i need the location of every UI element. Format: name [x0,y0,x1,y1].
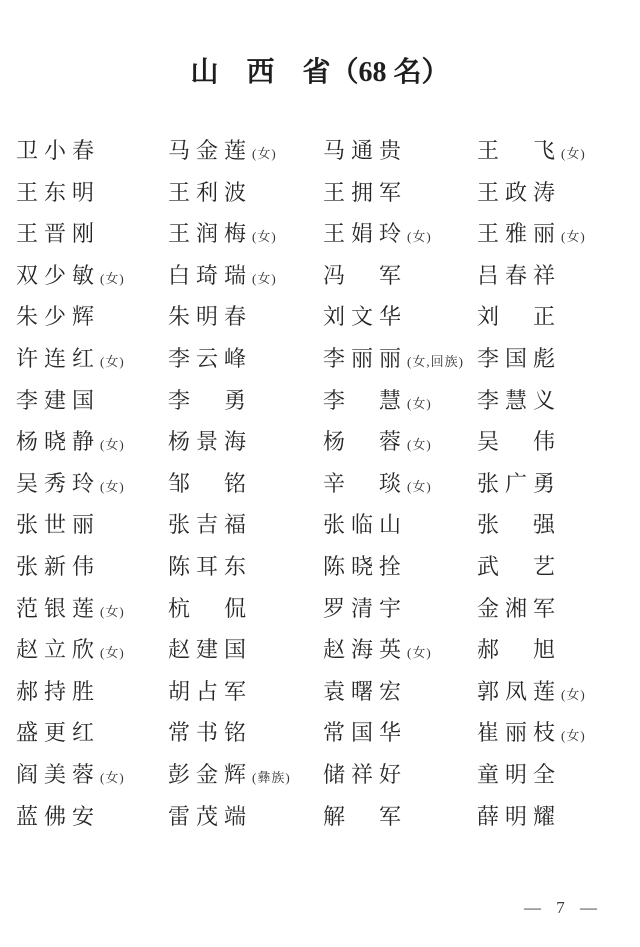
page-number: — 7 — [524,898,598,918]
person-name: 王娟玲 [323,221,407,246]
name-entry: 张广勇 [477,471,640,500]
gender-ethnic-note: (女) [100,354,125,369]
name-entry: 李建国 [16,388,168,417]
person-name: 陈晓拴 [323,554,407,579]
name-entry: 马通贵 [323,138,477,167]
person-name: 朱明春 [168,304,252,329]
gender-ethnic-note: (女) [252,229,277,244]
person-name: 邹 铭 [168,471,252,496]
person-name: 张临山 [323,512,407,537]
person-name: 王润梅 [168,221,252,246]
name-entry: 杨景海 [168,429,323,458]
gender-ethnic-note: (女) [407,229,432,244]
person-name: 卫小春 [16,138,100,163]
name-entry: 张新伟 [16,554,168,583]
gender-ethnic-note: (彝族) [252,770,291,785]
name-entry: 王拥军 [323,180,477,209]
person-name: 吕春祥 [477,263,561,288]
name-entry: 王雅丽(女) [477,221,640,250]
name-entry: 郝持胜 [16,679,168,708]
document-page: 山 西 省（68 名） 卫小春马金莲(女)马通贵王 飞(女)王东明王利波王拥军王… [0,0,640,947]
name-entry: 双少敏(女) [16,263,168,292]
name-entry: 雷茂端 [168,804,323,833]
name-entry: 张世丽 [16,512,168,541]
person-name: 赵海英 [323,637,407,662]
person-name: 郭凤莲 [477,679,561,704]
person-name: 阎美蓉 [16,762,100,787]
name-entry: 吕春祥 [477,263,640,292]
gender-ethnic-note: (女) [100,604,125,619]
name-entry: 张吉福 [168,512,323,541]
name-entry: 李丽丽(女,回族) [323,346,477,375]
person-name: 彭金辉 [168,762,252,787]
name-entry: 常书铭 [168,720,323,749]
name-entry: 王政涛 [477,180,640,209]
person-name: 许连红 [16,346,100,371]
name-entry: 王 飞(女) [477,138,640,167]
person-name: 范银莲 [16,596,100,621]
name-entry: 刘文华 [323,304,477,333]
name-entry: 范银莲(女) [16,596,168,625]
person-name: 郝持胜 [16,679,100,704]
person-name: 马金莲 [168,138,252,163]
person-name: 张广勇 [477,471,561,496]
person-name: 常书铭 [168,720,252,745]
name-entry: 崔丽枝(女) [477,720,640,749]
name-entry: 辛 琰(女) [323,471,477,500]
name-entry: 吴 伟 [477,429,640,458]
name-entry: 王娟玲(女) [323,221,477,250]
gender-ethnic-note: (女) [561,687,586,702]
person-name: 张新伟 [16,554,100,579]
name-entry: 储祥好 [323,762,477,791]
name-entry: 邹 铭 [168,471,323,500]
person-name: 刘文华 [323,304,407,329]
name-entry: 阎美蓉(女) [16,762,168,791]
gender-ethnic-note: (女) [252,271,277,286]
person-name: 张世丽 [16,512,100,537]
person-name: 王 飞 [477,138,561,163]
person-name: 吴 伟 [477,429,561,454]
person-name: 王利波 [168,180,252,205]
gender-ethnic-note: (女) [100,645,125,660]
name-entry: 张 强 [477,512,640,541]
person-name: 赵立欣 [16,637,100,662]
name-entry: 李 慧(女) [323,388,477,417]
gender-ethnic-note: (女) [100,437,125,452]
gender-ethnic-note: (女) [407,396,432,411]
person-name: 解 军 [323,804,407,829]
name-entry: 王润梅(女) [168,221,323,250]
name-entry: 童明全 [477,762,640,791]
name-entry: 卫小春 [16,138,168,167]
person-name: 罗清宇 [323,596,407,621]
person-name: 杨 蓉 [323,429,407,454]
name-entry: 郝 旭 [477,637,640,666]
gender-ethnic-note: (女) [407,437,432,452]
name-entry: 罗清宇 [323,596,477,625]
name-entry: 张临山 [323,512,477,541]
person-name: 储祥好 [323,762,407,787]
person-name: 盛更红 [16,720,100,745]
person-name: 雷茂端 [168,804,252,829]
name-entry: 王利波 [168,180,323,209]
name-entry: 李 勇 [168,388,323,417]
person-name: 童明全 [477,762,561,787]
gender-ethnic-note: (女) [561,728,586,743]
name-entry: 白琦瑞(女) [168,263,323,292]
person-name: 李 慧 [323,388,407,413]
person-name: 王晋刚 [16,221,100,246]
name-entry: 朱明春 [168,304,323,333]
person-name: 冯 军 [323,263,407,288]
person-name: 李云峰 [168,346,252,371]
page-title: 山 西 省（68 名） [0,50,640,90]
person-name: 朱少辉 [16,304,100,329]
name-entry: 李慧义 [477,388,640,417]
person-name: 杭 侃 [168,596,252,621]
person-name: 陈耳东 [168,554,252,579]
name-entry: 武 艺 [477,554,640,583]
person-name: 崔丽枝 [477,720,561,745]
person-name: 白琦瑞 [168,263,252,288]
name-entry: 吴秀玲(女) [16,471,168,500]
person-name: 胡占军 [168,679,252,704]
gender-ethnic-note: (女) [561,146,586,161]
person-name: 张吉福 [168,512,252,537]
person-name: 王东明 [16,180,100,205]
person-name: 杨景海 [168,429,252,454]
name-entry: 朱少辉 [16,304,168,333]
name-entry: 赵建国 [168,637,323,666]
gender-ethnic-note: (女) [100,271,125,286]
name-entry: 杭 侃 [168,596,323,625]
name-entry: 冯 军 [323,263,477,292]
person-name: 袁曙宏 [323,679,407,704]
name-entry: 陈晓拴 [323,554,477,583]
name-entry: 金湘军 [477,596,640,625]
gender-ethnic-note: (女) [252,146,277,161]
person-name: 常国华 [323,720,407,745]
name-entry: 陈耳东 [168,554,323,583]
name-grid: 卫小春马金莲(女)马通贵王 飞(女)王东明王利波王拥军王政涛王晋刚王润梅(女)王… [16,138,640,845]
gender-ethnic-note: (女) [407,479,432,494]
person-name: 李丽丽 [323,346,407,371]
person-name: 金湘军 [477,596,561,621]
gender-ethnic-note: (女) [407,645,432,660]
name-entry: 李云峰 [168,346,323,375]
person-name: 王雅丽 [477,221,561,246]
person-name: 双少敏 [16,263,100,288]
name-entry: 赵立欣(女) [16,637,168,666]
name-entry: 盛更红 [16,720,168,749]
name-entry: 蓝佛安 [16,804,168,833]
person-name: 李 勇 [168,388,252,413]
person-name: 蓝佛安 [16,804,100,829]
person-name: 王拥军 [323,180,407,205]
person-name: 武 艺 [477,554,561,579]
person-name: 杨晓静 [16,429,100,454]
person-name: 辛 琰 [323,471,407,496]
gender-ethnic-note: (女) [100,479,125,494]
person-name: 赵建国 [168,637,252,662]
name-entry: 薛明耀 [477,804,640,833]
name-entry: 王晋刚 [16,221,168,250]
name-entry: 李国彪 [477,346,640,375]
name-entry: 胡占军 [168,679,323,708]
name-entry: 郭凤莲(女) [477,679,640,708]
person-name: 李慧义 [477,388,561,413]
name-entry: 杨 蓉(女) [323,429,477,458]
name-entry: 杨晓静(女) [16,429,168,458]
gender-ethnic-note: (女) [100,770,125,785]
person-name: 刘 正 [477,304,561,329]
name-entry: 刘 正 [477,304,640,333]
person-name: 吴秀玲 [16,471,100,496]
name-entry: 袁曙宏 [323,679,477,708]
gender-ethnic-note: (女,回族) [407,354,464,369]
name-entry: 马金莲(女) [168,138,323,167]
person-name: 王政涛 [477,180,561,205]
person-name: 张 强 [477,512,561,537]
name-entry: 赵海英(女) [323,637,477,666]
name-entry: 许连红(女) [16,346,168,375]
name-entry: 解 军 [323,804,477,833]
person-name: 李建国 [16,388,100,413]
person-name: 李国彪 [477,346,561,371]
gender-ethnic-note: (女) [561,229,586,244]
name-entry: 彭金辉(彝族) [168,762,323,791]
name-entry: 王东明 [16,180,168,209]
person-name: 郝 旭 [477,637,561,662]
name-entry: 常国华 [323,720,477,749]
person-name: 马通贵 [323,138,407,163]
person-name: 薛明耀 [477,804,561,829]
